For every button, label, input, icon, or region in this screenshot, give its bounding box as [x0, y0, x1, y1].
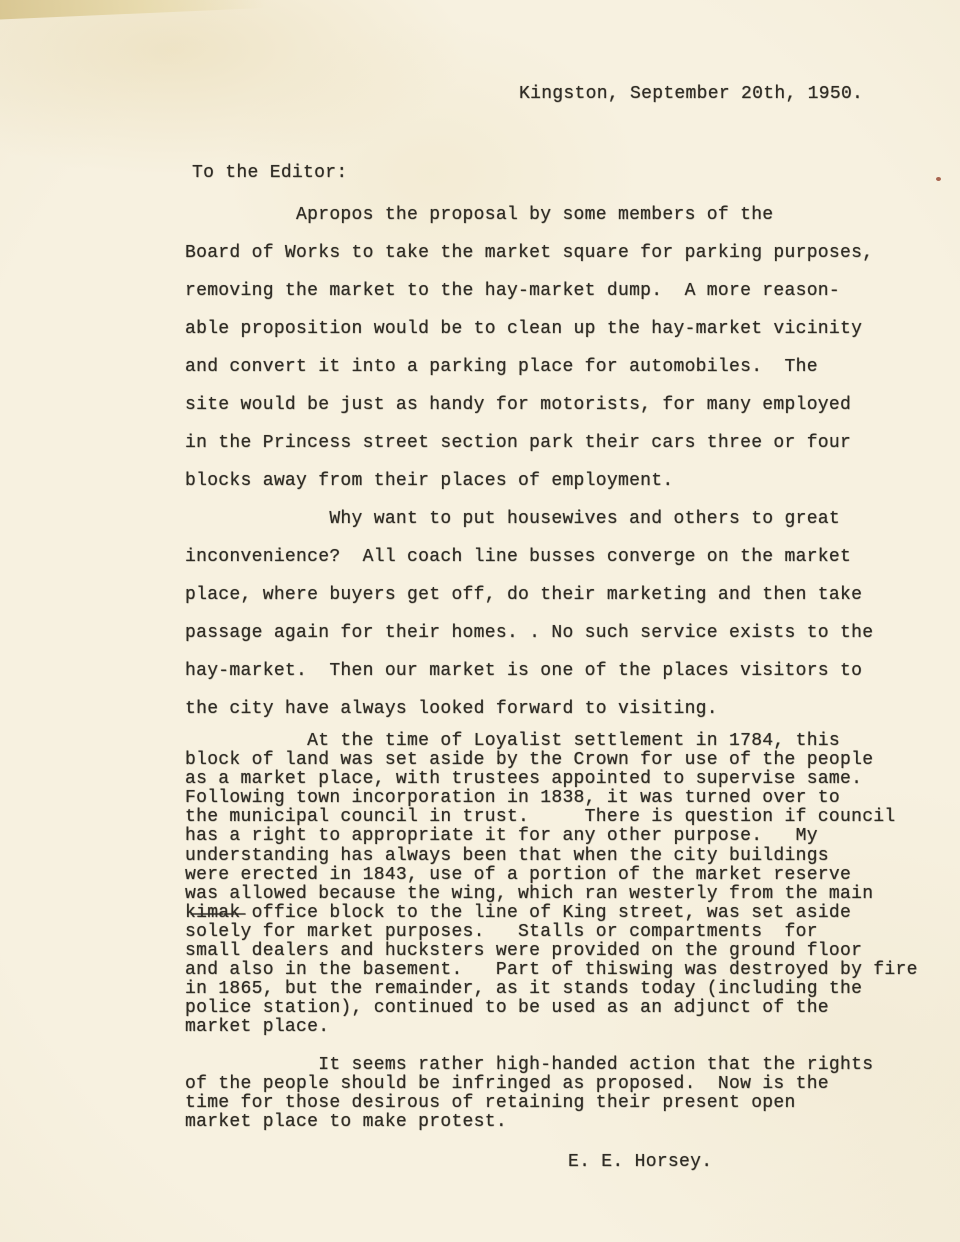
letter-paragraph: At the time of Loyalist settlement in 17… — [185, 732, 957, 1038]
letter-body: Apropos the proposal by some members of … — [185, 196, 957, 1132]
signature: E. E. Horsey. — [568, 1151, 712, 1173]
salutation: To the Editor: — [192, 162, 347, 184]
ink-speck — [936, 177, 941, 181]
letter-paragraph: It seems rather high-handed action that … — [185, 1056, 957, 1132]
dateline: Kingston, September 20th, 1950. — [519, 83, 863, 105]
letter-page: Kingston, September 20th, 1950. To the E… — [0, 0, 960, 1242]
letter-paragraph: Why want to put housewives and others to… — [185, 500, 957, 728]
letter-paragraph: Apropos the proposal by some members of … — [185, 196, 957, 500]
paper-corner-stain — [0, 0, 266, 20]
